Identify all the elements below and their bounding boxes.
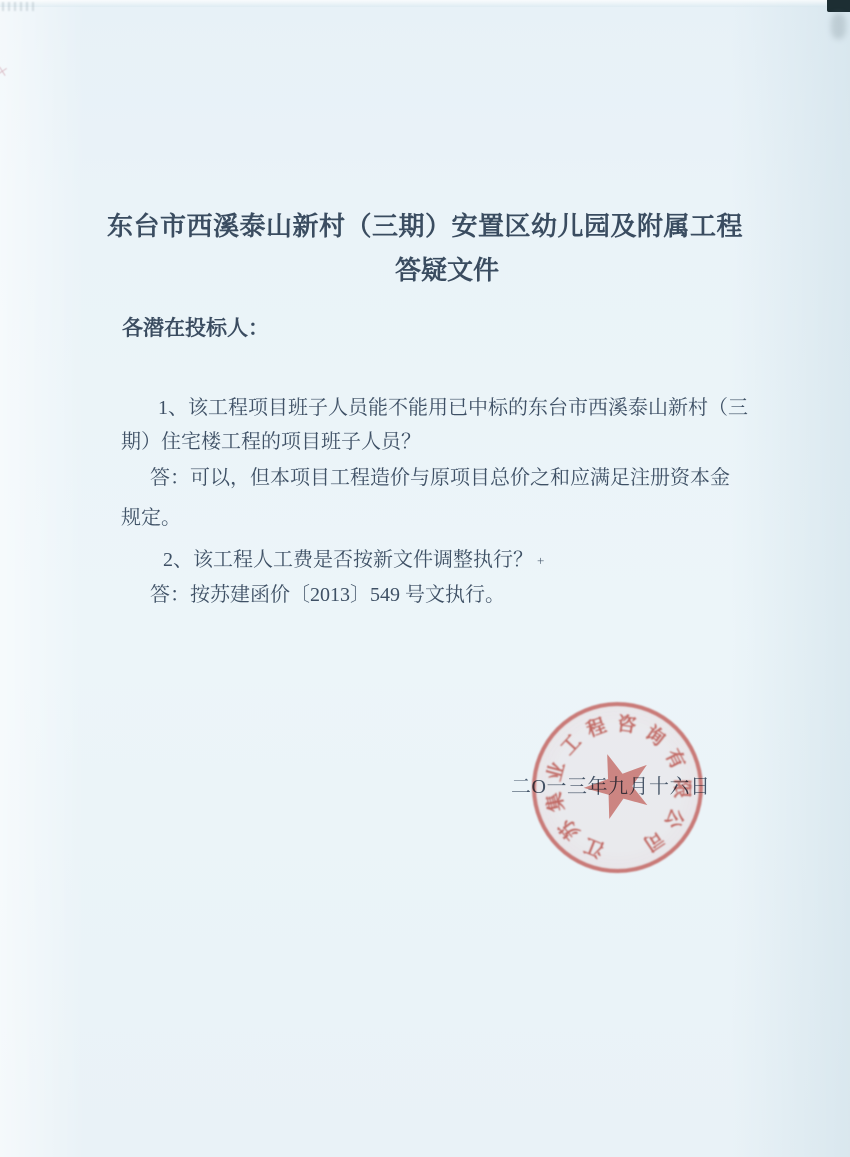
answer2-line1: 答：按苏建函价〔2013〕549 号文执行。	[150, 578, 505, 607]
document-title-line1: 东台市西溪泰山新村（三期）安置区幼儿园及附属工程	[0, 206, 850, 243]
company-seal-stamp: 江苏集业工程咨询有限公司	[523, 693, 712, 882]
question2-text: 2、该工程人工费是否按新文件调整执行？	[163, 549, 533, 571]
scanner-edge-band	[0, 0, 850, 7]
return-mark: +	[537, 553, 544, 568]
salutation: 各潜在投标人：	[122, 312, 269, 342]
edge-scribble-mark: ×	[0, 60, 20, 90]
question2-line1: 2、该工程人工费是否按新文件调整执行？+	[163, 543, 544, 572]
scan-corner-smudge	[831, 13, 846, 39]
question1-line1: 1、该工程项目班子人员能不能用已中标的东台市西溪泰山新村（三	[158, 391, 748, 420]
scanned-document-page: × 东台市西溪泰山新村（三期）安置区幼儿园及附属工程 答疑文件 各潜在投标人： …	[0, 0, 850, 1157]
answer1-line2: 规定。	[121, 501, 181, 530]
seal-arc-char: 限	[673, 779, 697, 799]
document-title-line2: 答疑文件	[22, 250, 850, 287]
question1-line2: 期）住宅楼工程的项目班子人员？	[121, 425, 421, 454]
scan-speck	[2, 2, 36, 11]
seal-arc-char: 咨	[616, 708, 639, 734]
answer1-line1: 答：可以，但本项目工程造价与原项目总价之和应满足注册资本金	[150, 461, 730, 490]
scan-corner-artifact	[827, 0, 850, 12]
